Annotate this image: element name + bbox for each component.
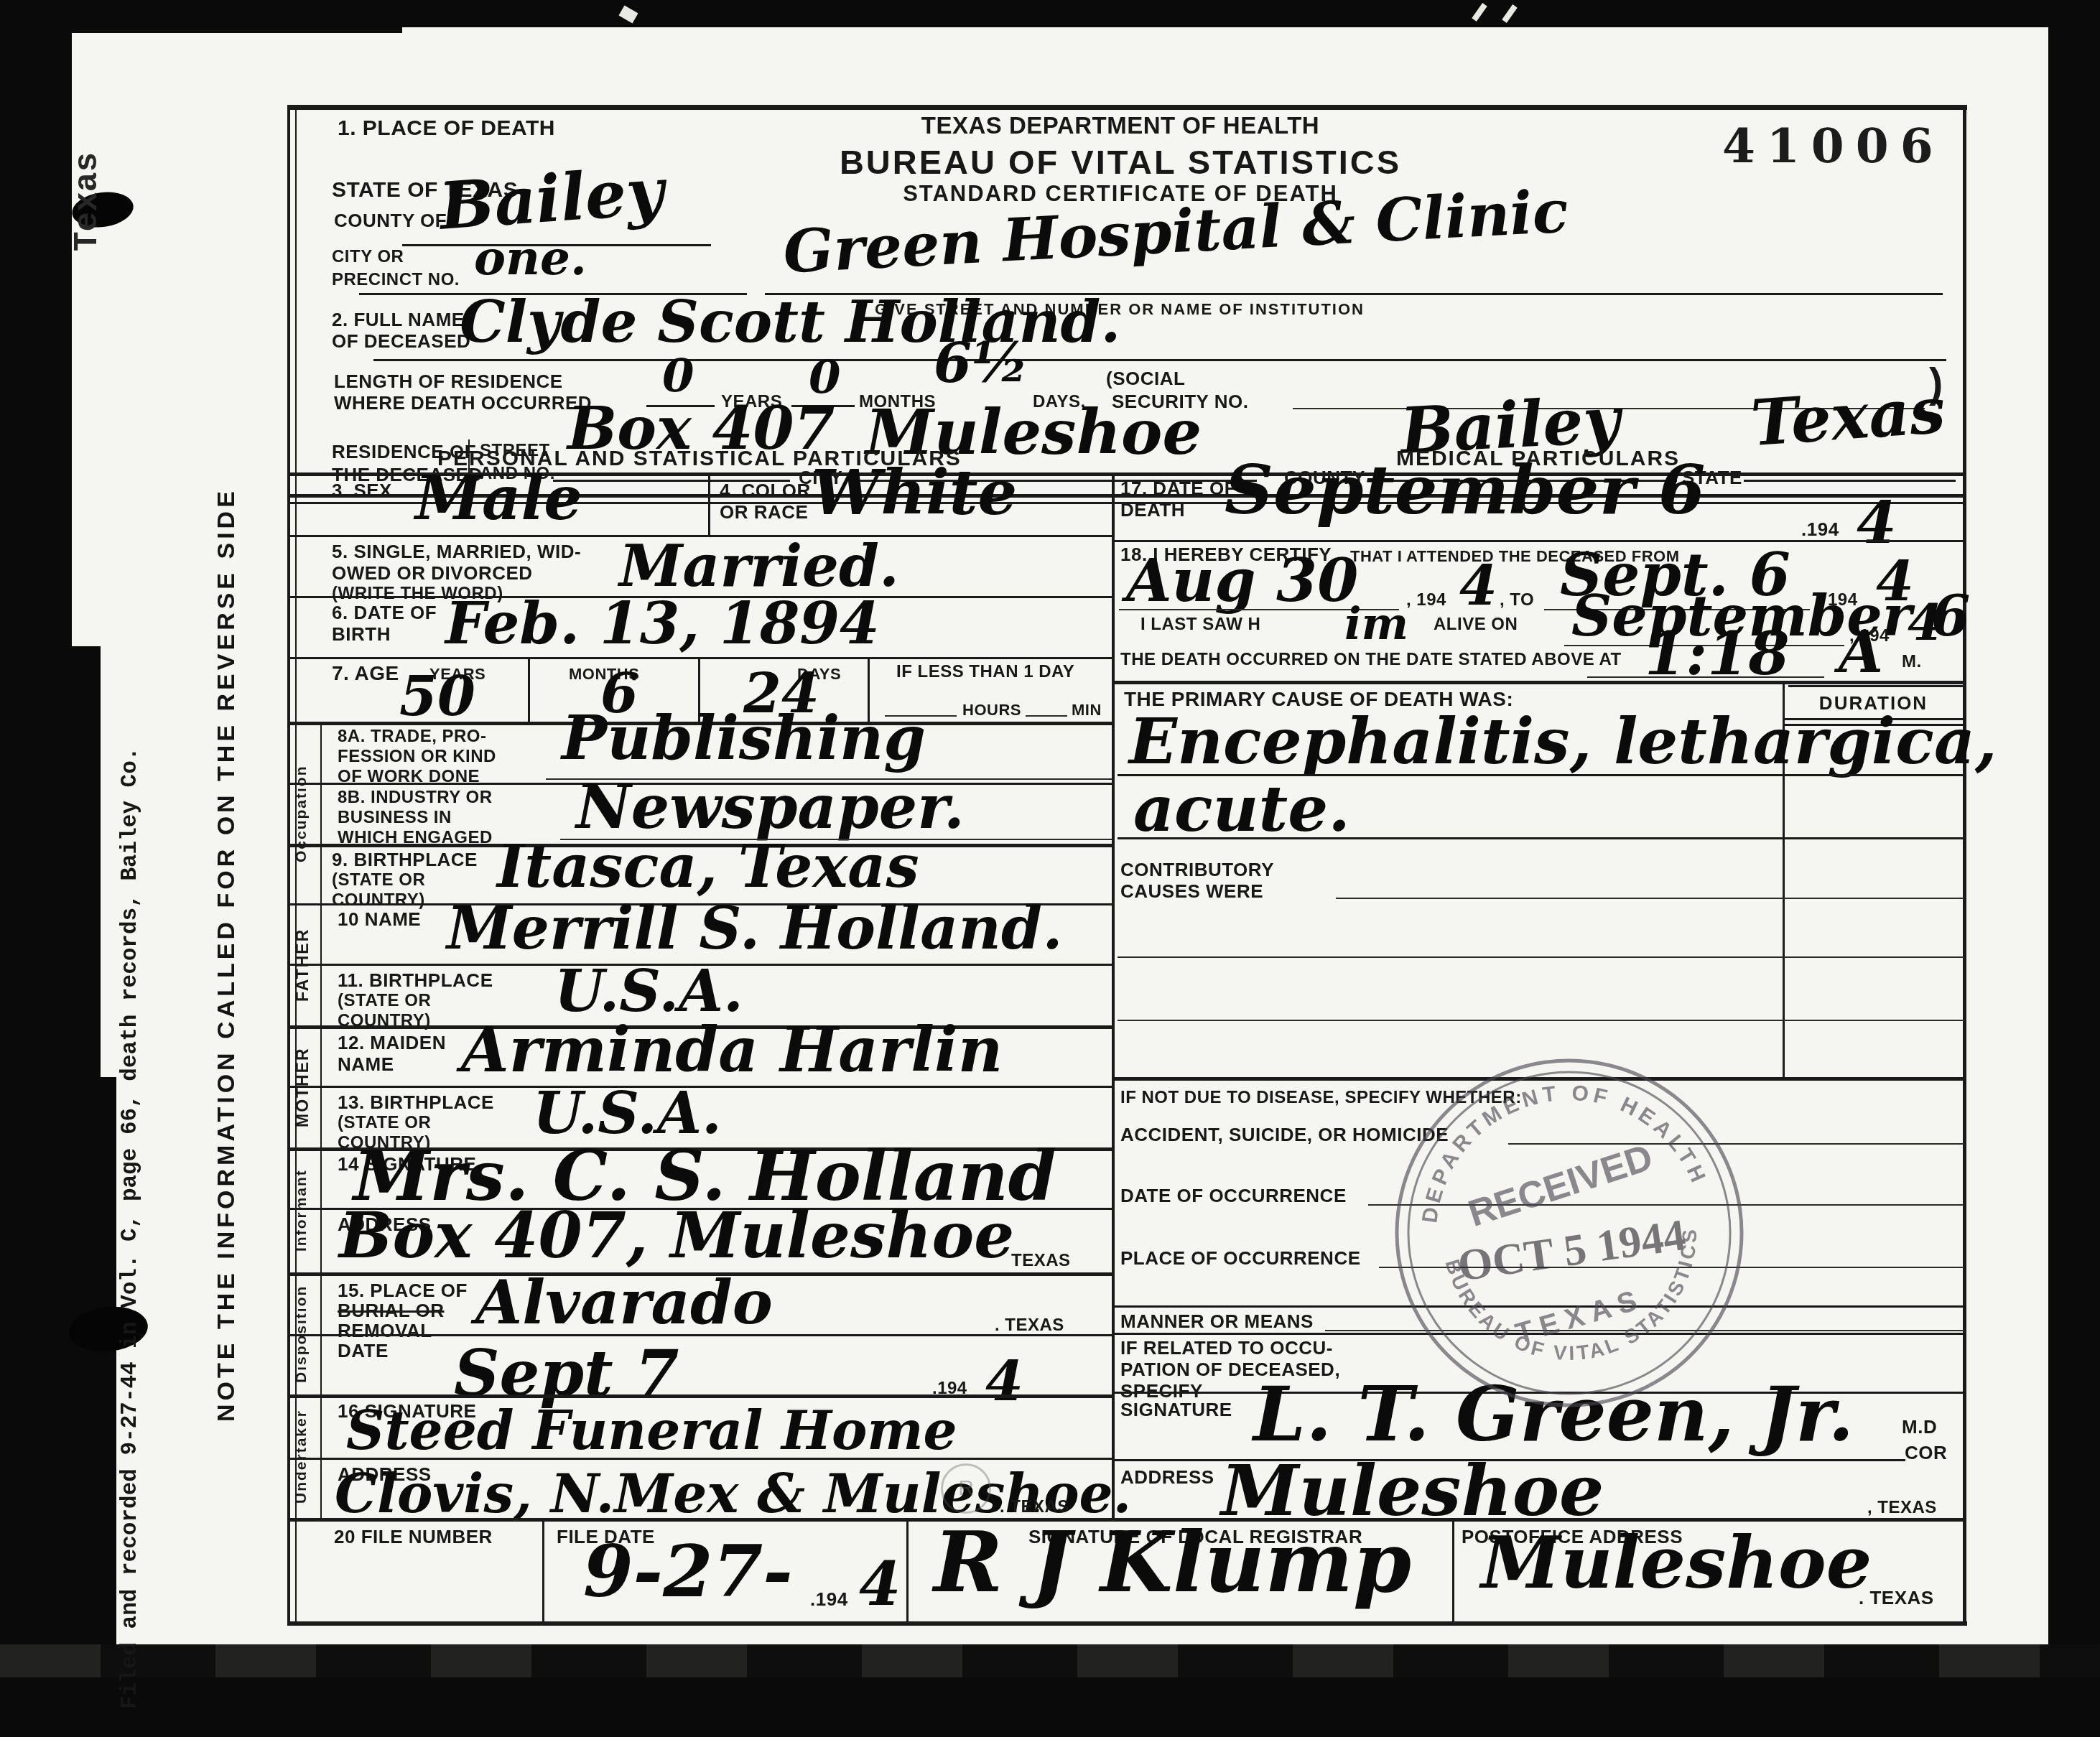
less-than-day-label: IF LESS THAN 1 DAY <box>896 662 1074 682</box>
birth-label-2: BIRTH <box>332 623 391 646</box>
father-bp-value: U.S.A. <box>554 962 743 1020</box>
father-bp-label-2: (STATE OR <box>338 991 431 1011</box>
column-divider <box>1112 472 1115 1521</box>
last-saw-year-hand: 4 <box>1908 597 1943 648</box>
death-date-value: September 6 <box>1225 457 1705 524</box>
informant-addr-state: TEXAS <box>1011 1251 1071 1271</box>
bottom-div-3 <box>1452 1518 1454 1623</box>
industry-value: Newspaper. <box>576 777 965 837</box>
md-label: M.D <box>1902 1416 1937 1438</box>
full-name-label-2: OF DECEASED <box>332 330 470 353</box>
related-label-1: IF RELATED TO OCCU- <box>1120 1337 1333 1359</box>
last-saw-label-1: I LAST SAW H <box>1140 615 1260 635</box>
ssn-label-1: (SOCIAL <box>1106 368 1185 390</box>
contributory-label-2: CAUSES WERE <box>1120 880 1263 903</box>
min-line <box>1026 715 1067 717</box>
industry-label-2: BUSINESS IN <box>338 808 452 828</box>
city-label-1: CITY OR <box>332 247 404 267</box>
death-time-label: THE DEATH OCCURRED ON THE DATE STATED AB… <box>1120 650 1622 670</box>
rule-death-date <box>1112 540 1964 542</box>
form-border-top <box>287 105 1967 110</box>
cause-line-1: Encephalitis, lethargica, <box>1129 709 1997 773</box>
file-date-value: 9-27- <box>583 1535 793 1607</box>
trade-value: Publishing <box>562 708 926 768</box>
postoffice-value: Muleshoe <box>1481 1527 1872 1598</box>
bureau-title: BUREAU OF VITAL STATISTICS <box>804 142 1436 182</box>
bottom-div-1 <box>542 1518 544 1623</box>
full-name-line <box>373 359 1946 361</box>
form-border-right <box>1963 105 1966 1626</box>
film-edge-left-upper <box>0 0 72 718</box>
years-value: 0 <box>662 353 694 399</box>
undertaker-strip-divider <box>320 1394 322 1518</box>
burial-label-1: 15. PLACE OF <box>338 1280 468 1302</box>
contributory-blank-1 <box>1118 956 1964 958</box>
manner-label: MANNER OR MEANS <box>1120 1310 1314 1333</box>
postoffice-state: . TEXAS <box>1859 1587 1934 1609</box>
received-stamp: DEPARTMENT OF HEALTH BUREAU OF VITAL STA… <box>1362 1026 1776 1440</box>
city-label-2: PRECINCT NO. <box>332 270 460 290</box>
film-edge-right <box>2048 0 2100 1737</box>
residence-state-value: Texas <box>1749 378 1947 455</box>
birth-label-1: 6. DATE OF <box>332 602 437 624</box>
undertaker-sig-value: Steed Funeral Home <box>346 1405 957 1458</box>
margin-reverse-note: NOTE THE INFORMATION CALLED FOR ON THE R… <box>213 302 241 1422</box>
occupation-side-label: Occupation <box>293 725 310 902</box>
burial-date-label: DATE <box>338 1340 389 1362</box>
residence-state-line <box>1744 480 1956 482</box>
burial-year-hand: 4 <box>985 1354 1023 1409</box>
occurrence-date-label: DATE OF OCCURRENCE <box>1120 1185 1347 1207</box>
age-years-value: 50 <box>399 669 475 724</box>
sex-value: Male <box>415 468 582 528</box>
birthplace-value: Itasca, Texas <box>497 837 919 896</box>
contributory-line <box>1336 898 1964 899</box>
film-edge-left-mid <box>0 646 101 1149</box>
death-date-label-1: 17. DATE OF <box>1120 478 1236 500</box>
form-border-bottom <box>287 1621 1967 1626</box>
city-value: one. <box>474 234 587 281</box>
occupation-strip-divider <box>320 722 322 903</box>
embossed-seal-mark: R <box>941 1463 991 1514</box>
rule-burial-date <box>287 1394 1112 1398</box>
from-year-printed: , 194 <box>1406 590 1446 610</box>
from-year-hand: 4 <box>1459 559 1497 613</box>
length-label-1: LENGTH OF RESIDENCE <box>334 371 563 393</box>
trade-label-2: FESSION OR KIND <box>338 747 496 767</box>
full-name-label-1: 2. FULL NAME <box>332 309 465 331</box>
duration-rule-top <box>1788 685 1964 687</box>
cor-label: COR <box>1905 1442 1947 1464</box>
age-label: 7. AGE <box>332 662 399 685</box>
file-year-printed: .194 <box>810 1588 848 1611</box>
informant-side-label: Informant <box>293 1150 310 1271</box>
father-name-label: 10 NAME <box>338 908 421 931</box>
last-saw-label-2: ALIVE ON <box>1434 615 1518 635</box>
death-date-label-2: DEATH <box>1120 499 1185 521</box>
min-label: MIN <box>1072 701 1102 720</box>
film-bottom-mottle <box>0 1644 2100 1677</box>
industry-label-1: 8B. INDUSTRY OR <box>338 788 493 808</box>
sex-label: 3. SEX <box>332 480 392 502</box>
file-year-hand: 4 <box>859 1554 901 1614</box>
margin-texas-label: Texas <box>69 65 106 251</box>
death-time-m-printed: M. <box>1902 652 1922 672</box>
contributory-blank-2 <box>1118 1020 1964 1021</box>
burial-place-value: Alvarado <box>475 1272 773 1333</box>
place-of-death-label: 1. PLACE OF DEATH <box>338 116 555 141</box>
birthplace-label-3: COUNTRY) <box>332 890 425 911</box>
rule-certify <box>1112 681 1964 684</box>
contributory-label-1: CONTRIBUTORY <box>1120 859 1274 881</box>
days-value: 6½ <box>934 336 1028 391</box>
marital-label-2: OWED OR DIVORCED <box>332 562 533 585</box>
color-label-2: OR RACE <box>720 501 808 523</box>
department-title: TEXAS DEPARTMENT OF HEALTH <box>833 112 1408 139</box>
rule-undertaker-sig <box>287 1458 1112 1460</box>
physician-addr-state: , TEXAS <box>1867 1498 1937 1518</box>
informant-addr-value: Box 407, Muleshoe <box>339 1203 1014 1267</box>
age-div-1 <box>528 657 530 722</box>
father-name-value: Merrill S. Holland. <box>447 899 1063 958</box>
burial-label-3: REMOVAL <box>338 1320 432 1342</box>
disposition-strip-divider <box>320 1272 322 1394</box>
mother-bp-label-2: (STATE OR <box>338 1113 431 1133</box>
birth-date-value: Feb. 13, 1894 <box>445 595 880 652</box>
hours-label: HOURS <box>962 701 1021 720</box>
occurrence-place-label: PLACE OF OCCURRENCE <box>1120 1247 1361 1270</box>
attended-from-value: Aug 30 <box>1126 551 1358 610</box>
burial-label-2: BURIAL OR <box>338 1300 444 1322</box>
file-number-label: 20 FILE NUMBER <box>334 1526 493 1548</box>
film-edge-left-lower <box>0 1077 116 1737</box>
physician-sig-label: SIGNATURE <box>1120 1399 1232 1421</box>
to-label: , TO <box>1500 590 1534 610</box>
mother-bp-label-1: 13. BIRTHPLACE <box>338 1091 494 1114</box>
burial-state-label: . TEXAS <box>995 1315 1064 1336</box>
death-year-printed: .194 <box>1801 518 1839 541</box>
father-bp-label-1: 11. BIRTHPLACE <box>338 969 493 992</box>
certificate-number: 41006 <box>1722 118 1945 174</box>
color-value: White <box>812 462 1017 524</box>
sex-color-divider <box>708 472 710 535</box>
length-label-2: WHERE DEATH OCCURRED <box>334 392 592 414</box>
physician-addr-label: ADDRESS <box>1120 1466 1214 1489</box>
informant-strip-divider <box>320 1147 322 1272</box>
mother-bp-value: U.S.A. <box>533 1084 722 1142</box>
death-year-hand: 4 <box>1857 494 1897 551</box>
county-value: Bailey <box>437 159 666 239</box>
marital-label-1: 5. SINGLE, MARRIED, WID- <box>332 541 581 563</box>
county-of-label: COUNTY OF <box>334 210 447 232</box>
cause-line-2: acute. <box>1133 777 1350 840</box>
mother-name-value: Arminda Harlin <box>461 1020 1003 1081</box>
death-time-a-hand: A <box>1839 623 1883 681</box>
bottom-div-2 <box>906 1518 909 1623</box>
cause-line-2-rule <box>1118 837 1964 839</box>
mother-name-label-1: 12. MAIDEN <box>338 1032 446 1054</box>
margin-filed-note: Filed and recorded 9-27-44 in Vol. C, pa… <box>118 776 143 1709</box>
last-saw-him-hand: im <box>1344 602 1408 646</box>
rule-burial <box>287 1334 1112 1336</box>
undertaker-side-label: Undertaker <box>293 1397 310 1517</box>
birthplace-label-2: (STATE OR <box>332 870 425 890</box>
mother-name-label-2: NAME <box>338 1053 394 1076</box>
birthplace-label-1: 9. BIRTHPLACE <box>332 849 478 871</box>
death-time-value: 1:18 <box>1645 625 1789 684</box>
marital-value: Married. <box>619 537 899 595</box>
trade-label-1: 8A. TRADE, PRO- <box>338 727 487 747</box>
scanned-death-certificate: { "film": { "reverse_note": "NOTE THE IN… <box>0 0 2100 1737</box>
film-bottom-left-patch <box>0 1677 215 1737</box>
color-label-1: 4. COLOR <box>720 480 811 502</box>
registrar-sig-value: R J Klump <box>934 1521 1411 1604</box>
